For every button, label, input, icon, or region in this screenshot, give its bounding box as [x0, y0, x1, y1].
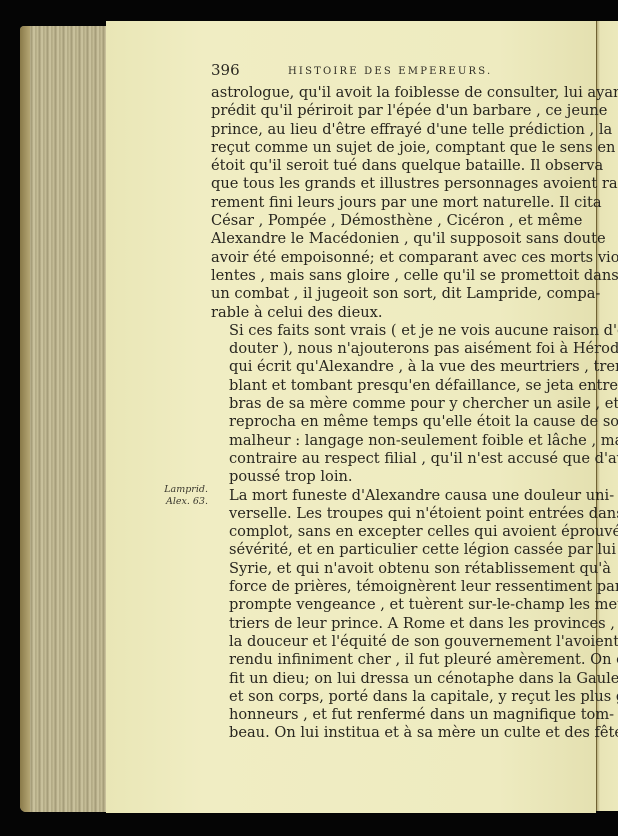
paragraph: Si ces faits sont vrais ( et je ne vois … — [211, 322, 557, 487]
text-line: rendu infiniment cher , il fut pleuré am… — [211, 651, 557, 669]
text-line: bras de sa mère comme pour y chercher un… — [211, 395, 557, 413]
text-line: reprocha en même temps qu'elle étoit la … — [211, 413, 557, 431]
text-line: blant et tombant presqu'en défaillance, … — [211, 377, 557, 395]
text-line: reçut comme un sujet de joie, comptant q… — [211, 139, 557, 157]
text-line: un combat , il jugeoit son sort, dit Lam… — [211, 285, 557, 303]
text-line: et son corps, porté dans la capitale, y … — [211, 688, 557, 706]
text-line: malheur : langage non-seulement foible e… — [211, 432, 557, 450]
margin-citation-author: Lamprid. — [146, 484, 208, 496]
text-line: honneurs , et fut renfermé dans un magni… — [211, 706, 557, 724]
text-line: la douceur et l'équité de son gouverneme… — [211, 633, 557, 651]
paragraph: astrologue, qu'il avoit la foiblesse de … — [211, 84, 557, 322]
text-line: beau. On lui institua et à sa mère un cu… — [211, 724, 557, 742]
text-line: prompte vengeance , et tuèrent sur-le-ch… — [211, 596, 557, 614]
text-line: qui écrit qu'Alexandre , à la vue des me… — [211, 358, 557, 376]
text-line: Si ces faits sont vrais ( et je ne vois … — [211, 322, 557, 340]
text-line: verselle. Les troupes qui n'étoient poin… — [211, 505, 557, 523]
text-line: La mort funeste d'Alexandre causa une do… — [211, 487, 557, 505]
text-line: complot, sans en excepter celles qui avo… — [211, 523, 557, 541]
page-number: 396 — [211, 61, 240, 79]
text-line: fit un dieu; on lui dressa un cénotaphe … — [211, 670, 557, 688]
text-line: Syrie, et qui n'avoit obtenu son rétabli… — [211, 560, 557, 578]
text-line: sévérité, et en particulier cette légion… — [211, 541, 557, 559]
text-line: avoir été empoisonné; et comparant avec … — [211, 249, 557, 267]
text-line: rement fini leurs jours par une mort nat… — [211, 194, 557, 212]
margin-citation-ref: Alex. 63. — [146, 496, 208, 508]
text-line: Alexandre le Macédonien , qu'il supposoi… — [211, 230, 557, 248]
text-line: que tous les grands et illustres personn… — [211, 175, 557, 193]
text-line: poussé trop loin. — [211, 468, 557, 486]
text-line: astrologue, qu'il avoit la foiblesse de … — [211, 84, 557, 102]
margin-citation: Lamprid. Alex. 63. — [146, 484, 208, 508]
page-header: 396 HISTOIRE DES EMPEREURS. — [211, 61, 556, 81]
text-line: rable à celui des dieux. — [211, 304, 557, 322]
text-line: César , Pompée , Démosthène , Cicéron , … — [211, 212, 557, 230]
text-line: douter ), nous n'ajouterons pas aisément… — [211, 340, 557, 358]
text-line: lentes , mais sans gloire , celle qu'il … — [211, 267, 557, 285]
text-line: prince, au lieu d'être effrayé d'une tel… — [211, 121, 557, 139]
page-edges-stack — [20, 26, 108, 812]
text-line: étoit qu'il seroit tué dans quelque bata… — [211, 157, 557, 175]
text-line: triers de leur prince. A Rome et dans le… — [211, 615, 557, 633]
running-title: HISTOIRE DES EMPEREURS. — [288, 66, 492, 77]
text-line: contraire au respect filial , qu'il n'es… — [211, 450, 557, 468]
paragraph: La mort funeste d'Alexandre causa une do… — [211, 487, 557, 743]
text-line: prédit qu'il périroit par l'épée d'un ba… — [211, 102, 557, 120]
text-line: force de prières, témoignèrent leur ress… — [211, 578, 557, 596]
body-text: astrologue, qu'il avoit la foiblesse de … — [211, 84, 557, 743]
